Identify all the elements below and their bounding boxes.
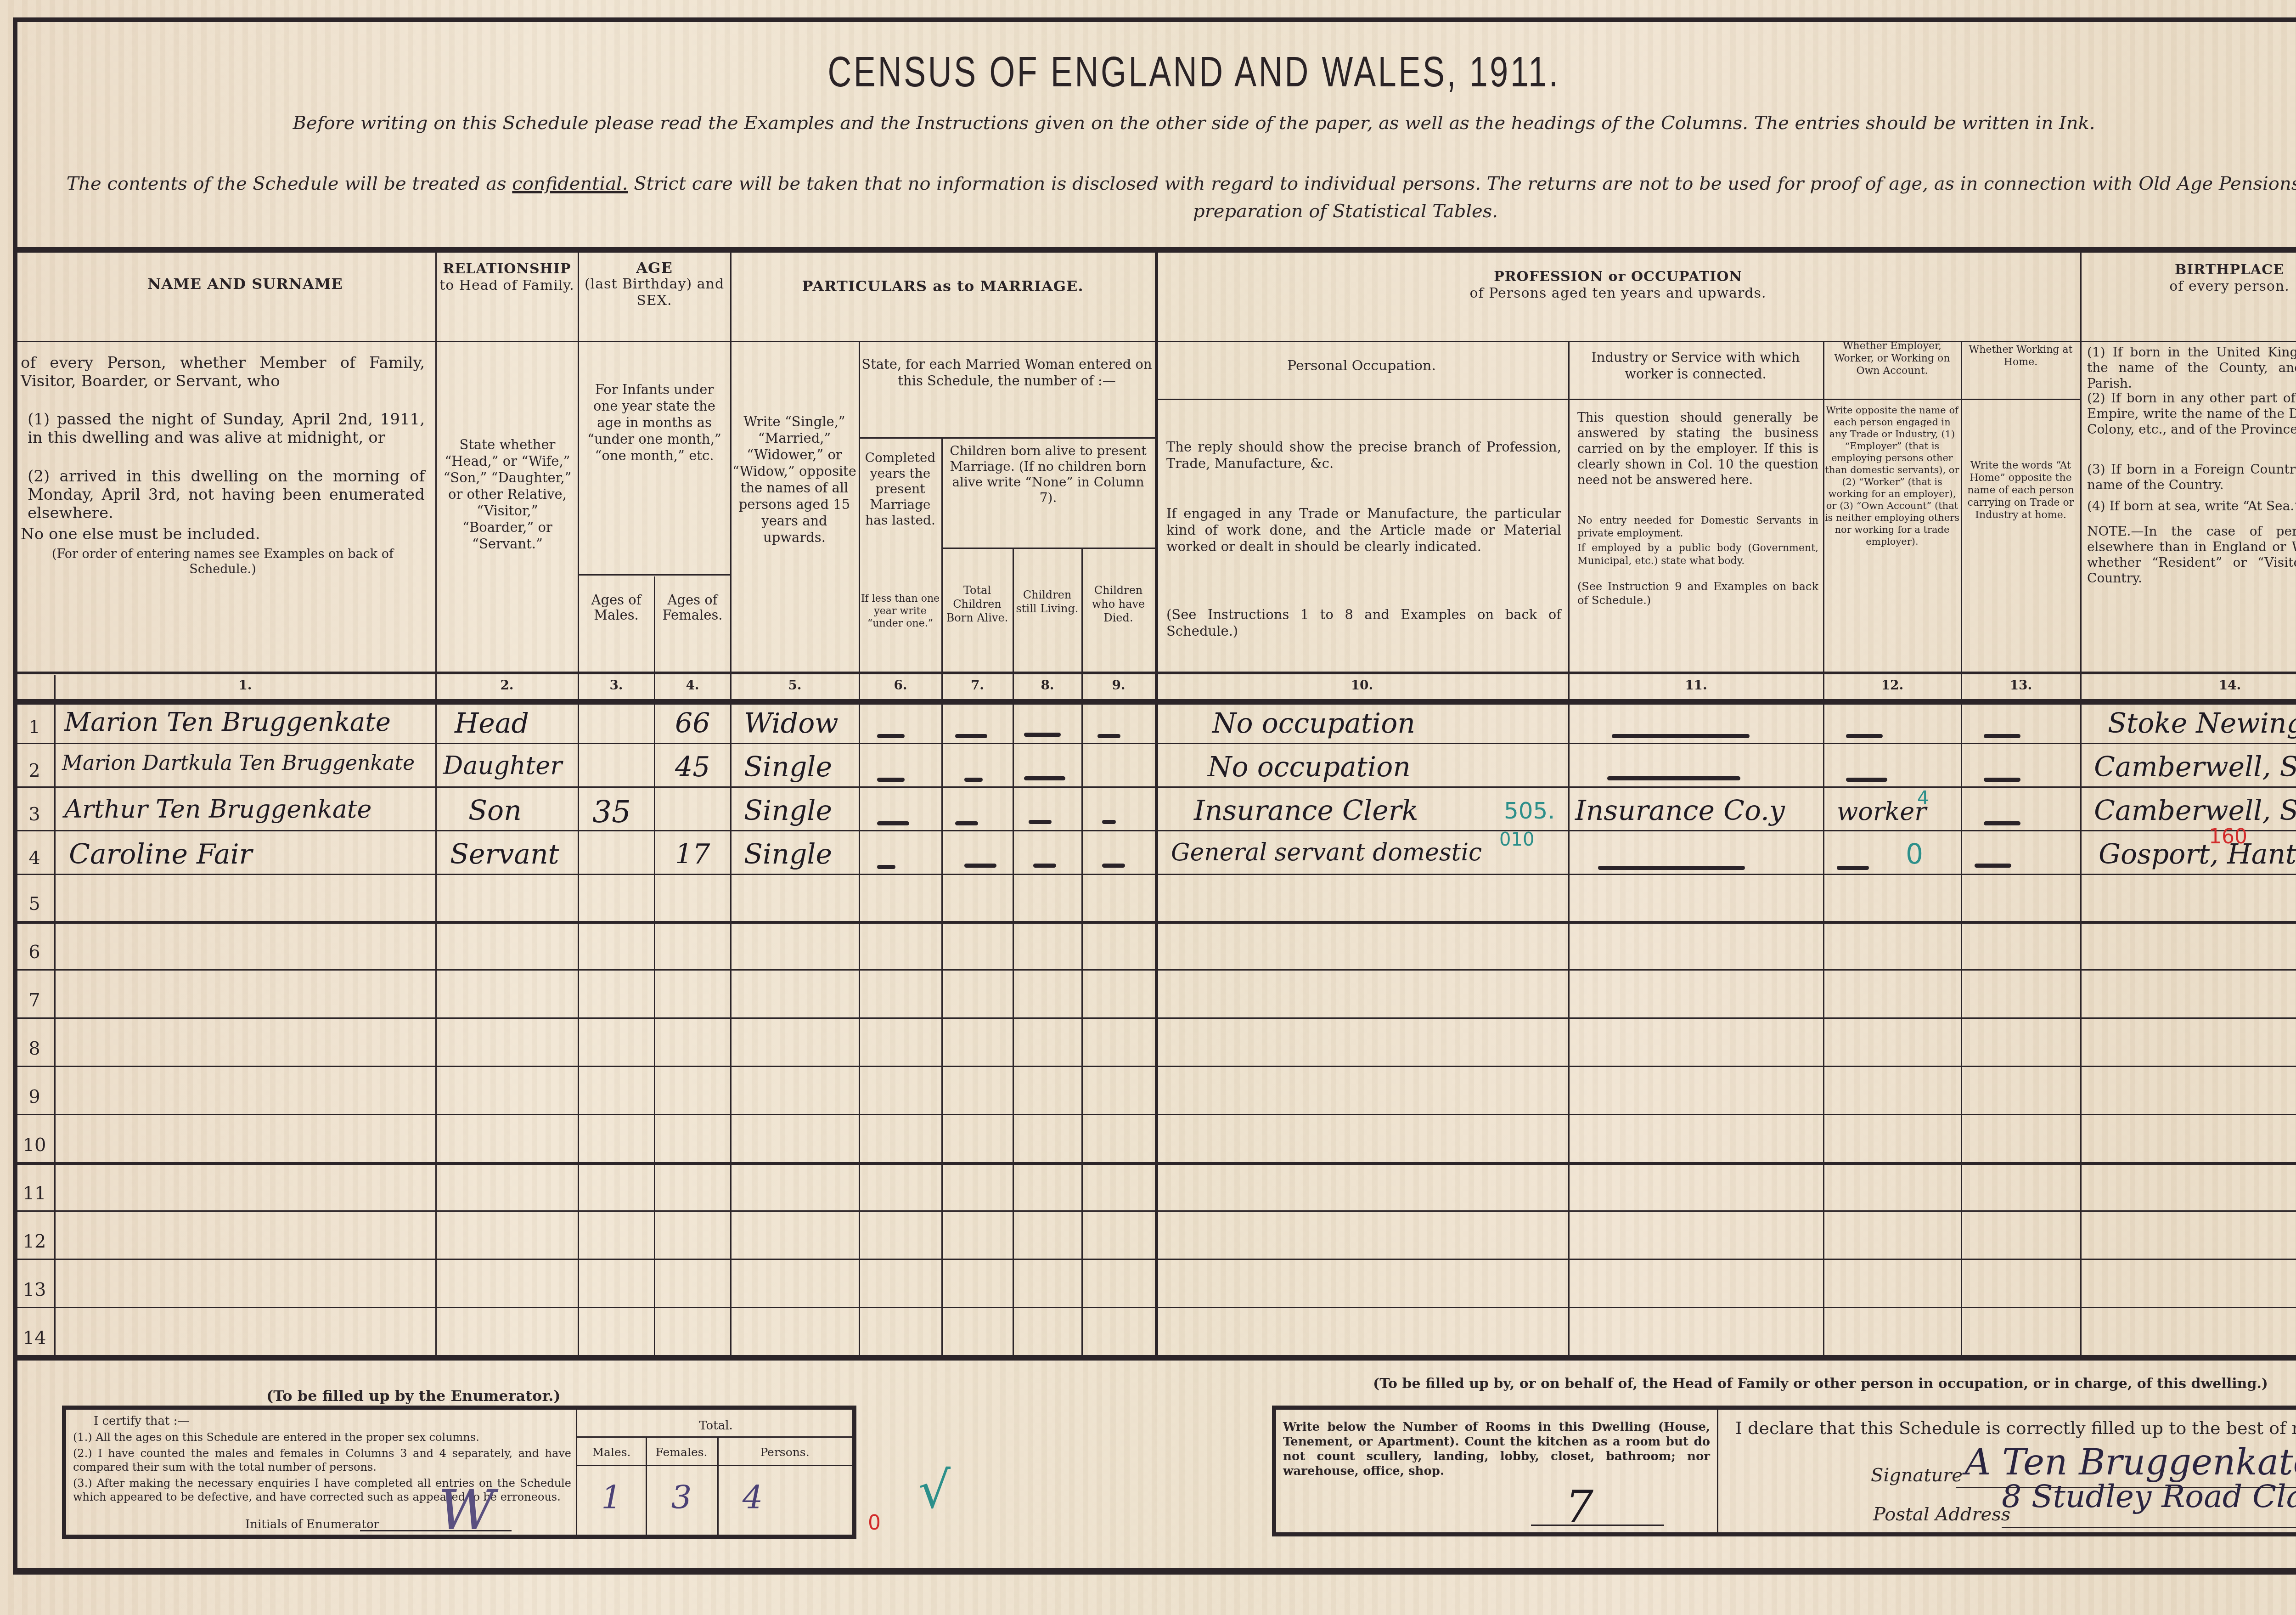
- row-number: 10: [18, 1135, 51, 1156]
- children-sub-divider: [941, 548, 1155, 549]
- row-number: 7: [18, 990, 51, 1011]
- cell-name: Marion Dartkula Ten Bruggenkate: [62, 753, 415, 774]
- cell-relationship: Servant: [450, 841, 559, 868]
- colnum-6: 6.: [860, 678, 941, 693]
- dash-mark: [877, 865, 895, 869]
- row-number: 1: [18, 717, 51, 738]
- census-schedule-page: CENSUS OF ENGLAND AND WALES, 1911. Befor…: [0, 0, 2296, 1615]
- head-section-box: Write below the Number of Rooms in this …: [1272, 1406, 2296, 1536]
- col-line-10: [1568, 342, 1570, 1355]
- initials-value: W: [438, 1479, 495, 1542]
- col-line-rownum: [54, 675, 56, 1355]
- occupation-heading: PROFESSION or OCCUPATION: [1494, 269, 1742, 285]
- check-mark-icon: √: [918, 1461, 951, 1519]
- col-line-13: [2080, 250, 2082, 1355]
- home-label: Whether Working at Home.: [1962, 344, 2079, 368]
- postal-address-value: 8 Studley Road Clapham: [2002, 1479, 2296, 1515]
- personal-occupation-instr-1: The reply should show the precise branch…: [1166, 439, 1561, 472]
- occupation-sub-divider: [1155, 399, 2080, 400]
- dash-mark: [1984, 778, 2020, 782]
- married-woman-instructions: State, for each Married Woman entered on…: [861, 356, 1153, 389]
- occupation-subheading: of Persons aged ten years and upwards.: [1156, 285, 2080, 302]
- postal-address-label: Postal Address: [1873, 1504, 2010, 1525]
- cell-occupation: No occupation: [1208, 753, 1411, 781]
- dash-mark: [1984, 734, 2020, 738]
- dash-mark: [955, 821, 978, 825]
- total-persons-label: Persons.: [718, 1446, 851, 1459]
- row-rule-5: [17, 921, 2296, 924]
- dash-mark: [877, 821, 909, 825]
- total-sub-divider: [577, 1436, 853, 1438]
- marriage-condition-instructions: Write “Single,” “Married,” “Widower,” or…: [732, 413, 856, 546]
- still-living-label: Children still Living.: [1013, 588, 1081, 616]
- total-females-label: Females.: [647, 1446, 716, 1459]
- header-occupation: PROFESSION or OCCUPATION of Persons aged…: [1156, 269, 2080, 302]
- certify-label: I certify that :—: [94, 1414, 189, 1428]
- industry-label: Industry or Service with which worker is…: [1570, 349, 1821, 382]
- cell-birthplace: Gosport, Hants: [2099, 841, 2296, 868]
- total-label: Total.: [578, 1419, 854, 1433]
- rooms-line: [1531, 1525, 1664, 1526]
- colnum-3: 3.: [579, 678, 654, 693]
- cell-employer: worker: [1837, 799, 1926, 824]
- initials-label: Initials of Enumerator: [245, 1518, 379, 1531]
- col-line-2: [578, 250, 579, 1355]
- document-title: CENSUS OF ENGLAND AND WALES, 1911.: [263, 48, 2125, 96]
- dash-mark: [1024, 733, 1061, 737]
- children-heading: Children born alive to present Marriage.…: [944, 443, 1153, 506]
- row-number: 6: [18, 942, 51, 963]
- colnum-7: 7.: [942, 678, 1013, 693]
- col-line-9: [1155, 250, 1158, 1355]
- name-instructions-intro: of every Person, whether Member of Famil…: [21, 354, 425, 390]
- dash-mark: [1033, 864, 1056, 868]
- colnum-2: 2.: [436, 678, 578, 693]
- total-values-divider: [577, 1465, 853, 1466]
- died-label: Children who have Died.: [1082, 583, 1154, 625]
- name-instructions-2: (2) arrived in this dwelling on the morn…: [28, 467, 425, 522]
- row-number: 13: [18, 1279, 51, 1300]
- row-number: 5: [18, 893, 51, 915]
- industry-instr-4: (See Instruction 9 and Examples on back …: [1577, 580, 1818, 607]
- red-mark: 0: [868, 1511, 881, 1535]
- row-rule-13: [17, 1307, 2296, 1308]
- dash-mark: [1598, 866, 1745, 870]
- declaration-text: I declare that this Schedule is correctl…: [1735, 1418, 2296, 1438]
- dash-mark: [1846, 734, 1883, 738]
- personal-occupation-instr-3: (See Instructions 1 to 8 and Examples on…: [1166, 606, 1561, 639]
- dash-mark: [1975, 864, 2011, 868]
- dash-mark: [964, 778, 983, 782]
- address-line: [2002, 1527, 2296, 1528]
- row-rule-8: [17, 1066, 2296, 1067]
- birthplace-instr-3: (3) If born in a Foreign Country, write …: [2087, 462, 2296, 493]
- row-rule-1: [17, 743, 2296, 744]
- cell-birthplace-code: 160: [2209, 827, 2247, 847]
- age-sub-divider: [578, 574, 730, 576]
- dash-mark: [1102, 820, 1116, 824]
- signature-value: A Ten Bruggenkate: [1965, 1442, 2296, 1483]
- row-number: 14: [18, 1327, 51, 1349]
- row-rule-6: [17, 969, 2296, 971]
- col-line-8: [1081, 549, 1083, 1355]
- colnum-1: 1.: [55, 678, 435, 693]
- industry-instr-3: If employed by a public body (Government…: [1577, 542, 1818, 568]
- dash-mark: [1612, 734, 1750, 738]
- cell-name: Caroline Fair: [69, 841, 252, 868]
- name-instructions-3: No one else must be included.: [21, 525, 425, 543]
- industry-instr-1: This question should generally be answer…: [1577, 410, 1818, 488]
- dash-mark: [1984, 821, 2020, 825]
- confidentiality-notice: The contents of the Schedule will be tre…: [46, 170, 2296, 225]
- col-line-1: [435, 250, 437, 1355]
- colnum-11: 11.: [1569, 678, 1823, 693]
- col-line-12: [1961, 342, 1962, 1355]
- cell-birthplace: Camberwell, Surrey: [2094, 797, 2296, 824]
- row-rule-10: [17, 1162, 2296, 1165]
- cell-occupation: General servant domestic: [1171, 841, 1482, 864]
- age-subheading: (last Birthday) and SEX.: [579, 276, 730, 309]
- years-married-note: If less than one year write “under one.”: [860, 593, 940, 630]
- relationship-heading: RELATIONSHIP: [443, 261, 571, 277]
- rooms-instructions: Write below the Number of Rooms in this …: [1283, 1420, 1710, 1479]
- cell-age-female: 45: [675, 753, 710, 781]
- col-line-4: [730, 250, 732, 1355]
- birthplace-note: NOTE.—In the case of persons born elsewh…: [2087, 524, 2296, 586]
- cell-condition: Single: [744, 841, 832, 868]
- dash-mark: [955, 734, 987, 738]
- confidential-text-pre: The contents of the Schedule will be tre…: [67, 173, 512, 194]
- name-instructions-4: (For order of entering names see Example…: [21, 547, 425, 577]
- certify-item-1: (1.) All the ages on this Schedule are e…: [73, 1430, 571, 1444]
- cell-age-male: 35: [592, 797, 631, 827]
- cell-relationship: Daughter: [443, 753, 562, 778]
- colnum-10: 10.: [1156, 678, 1568, 693]
- dash-mark: [1607, 776, 1740, 780]
- total-born-label: Total Children Born Alive.: [942, 583, 1012, 625]
- cell-name: Arthur Ten Bruggenkate: [64, 797, 372, 822]
- cell-employer-code: 0: [1906, 841, 1923, 868]
- enumerator-heading: (To be filled up by the Enumerator.): [266, 1387, 561, 1405]
- cell-name: Marion Ten Bruggenkate: [64, 710, 391, 735]
- row-number: 11: [18, 1183, 51, 1204]
- row-number: 8: [18, 1038, 51, 1059]
- marriage-sub-divider: [859, 437, 1155, 439]
- header-relationship: RELATIONSHIP to Head of Family.: [436, 261, 578, 294]
- cell-condition: Single: [744, 753, 832, 781]
- dash-mark: [877, 734, 905, 738]
- colnum-9: 9.: [1082, 678, 1155, 693]
- row-number: 2: [18, 760, 51, 781]
- relationship-instructions: State whether “Head,” or “Wife,” “Son,” …: [441, 436, 574, 552]
- signature-label: Signature: [1871, 1465, 1963, 1486]
- age-females-label: Ages of Females.: [655, 593, 730, 623]
- colnum-8: 8.: [1013, 678, 1081, 693]
- row-number: 12: [18, 1231, 51, 1252]
- colnum-14: 14.: [2081, 678, 2296, 693]
- row-rule-3: [17, 830, 2296, 831]
- total-persons-value: 4: [718, 1479, 787, 1516]
- industry-instr-2: No entry needed for Domestic Servants in…: [1577, 514, 1818, 540]
- birthplace-subheading: of every person.: [2081, 278, 2296, 295]
- table-bottom-rule: [17, 1355, 2296, 1361]
- total-females-value: 3: [647, 1479, 716, 1516]
- years-married-label: Completed years the present Marriage has…: [860, 450, 940, 528]
- birthplace-heading: BIRTHPLACE: [2175, 262, 2284, 278]
- header-marriage: PARTICULARS as to MARRIAGE.: [731, 278, 1154, 294]
- document-subtitle: Before writing on this Schedule please r…: [92, 113, 2296, 134]
- personal-occupation-instr-2: If engaged in any Trade or Manufacture, …: [1166, 505, 1561, 555]
- name-instructions-1: (1) passed the night of Sunday, April 2n…: [28, 410, 425, 447]
- birthplace-instr-1: (1) If born in the United Kingdom, write…: [2087, 344, 2296, 391]
- cell-age-female: 17: [675, 841, 710, 868]
- row-rule-9: [17, 1114, 2296, 1115]
- dash-mark: [1102, 864, 1125, 868]
- age-heading: AGE: [636, 259, 673, 277]
- header-name: NAME AND SURNAME: [55, 276, 435, 292]
- cell-occupation: No occupation: [1212, 710, 1415, 737]
- row-rule-11: [17, 1210, 2296, 1212]
- row-number: 4: [18, 847, 51, 869]
- row-rule-12: [17, 1259, 2296, 1260]
- total-males-value: 1: [578, 1479, 645, 1516]
- confidential-word: confidential.: [512, 173, 628, 194]
- cell-occupation-code: 010: [1499, 830, 1534, 849]
- enumerator-box: I certify that :— (1.) All the ages on t…: [62, 1406, 856, 1539]
- cell-age-female: 66: [675, 710, 710, 737]
- relationship-subheading: to Head of Family.: [436, 277, 578, 294]
- dash-mark: [1837, 866, 1869, 870]
- certify-item-2: (2.) I have counted the males and female…: [73, 1446, 571, 1474]
- total-divider: [576, 1410, 577, 1535]
- row-rule-7: [17, 1017, 2296, 1019]
- header-birthplace: BIRTHPLACE of every person.: [2081, 262, 2296, 295]
- dash-mark: [877, 778, 905, 782]
- rooms-divider: [1717, 1410, 1718, 1533]
- col-line-6: [941, 439, 943, 1355]
- colnum-12: 12.: [1824, 678, 1961, 693]
- header-age: AGE (last Birthday) and SEX.: [579, 260, 730, 309]
- cell-relationship: Head: [455, 710, 529, 737]
- personal-occupation-label: Personal Occupation.: [1157, 358, 1566, 373]
- age-instructions: For Infants under one year state the age…: [581, 381, 728, 464]
- employer-instructions: Write opposite the name of each person e…: [1824, 404, 1960, 548]
- cell-condition: Single: [744, 797, 832, 824]
- row-number: 9: [18, 1086, 51, 1107]
- cell-employer-code: 4: [1917, 789, 1929, 807]
- head-section-heading: (To be filled up by, or on behalf of, th…: [1373, 1376, 2268, 1392]
- dash-mark: [1024, 776, 1065, 780]
- colnum-5: 5.: [731, 678, 859, 693]
- birthplace-instr-2: (2) If born in any other part of the Bri…: [2087, 390, 2296, 437]
- row-number: 3: [18, 804, 51, 825]
- col-line-3: [654, 576, 655, 1355]
- confidential-text-post: Strict care will be taken that no inform…: [628, 173, 2296, 222]
- age-males-label: Ages of Males.: [580, 593, 653, 623]
- cell-birthplace: Camberwell, Surrey: [2094, 753, 2296, 781]
- cell-occupation-code: 505.: [1504, 799, 1555, 822]
- colnum-4: 4.: [655, 678, 730, 693]
- birthplace-instr-4: (4) If born at sea, write “At Sea.”: [2087, 498, 2296, 514]
- certify-item-3: (3.) After making the necessary enquirie…: [73, 1476, 571, 1504]
- cell-relationship: Son: [468, 797, 522, 824]
- total-males-label: Males.: [578, 1446, 645, 1459]
- home-instructions: Write the words “At Home” opposite the n…: [1964, 459, 2077, 521]
- dash-mark: [964, 864, 996, 868]
- employer-label: Whether Employer, Worker, or Working on …: [1824, 340, 1960, 377]
- cell-industry: Insurance Co.y: [1575, 797, 1785, 824]
- colnum-13: 13.: [1962, 678, 2080, 693]
- dash-mark: [1846, 778, 1887, 782]
- cell-occupation: Insurance Clerk: [1194, 797, 1418, 824]
- cell-birthplace: Stoke Newington: [2108, 710, 2296, 737]
- row-rule-2: [17, 786, 2296, 788]
- dash-mark: [1029, 820, 1052, 824]
- dash-mark: [1097, 734, 1120, 738]
- col-line-7: [1013, 549, 1014, 1355]
- row-rule-4: [17, 874, 2296, 875]
- cell-condition: Widow: [744, 710, 838, 737]
